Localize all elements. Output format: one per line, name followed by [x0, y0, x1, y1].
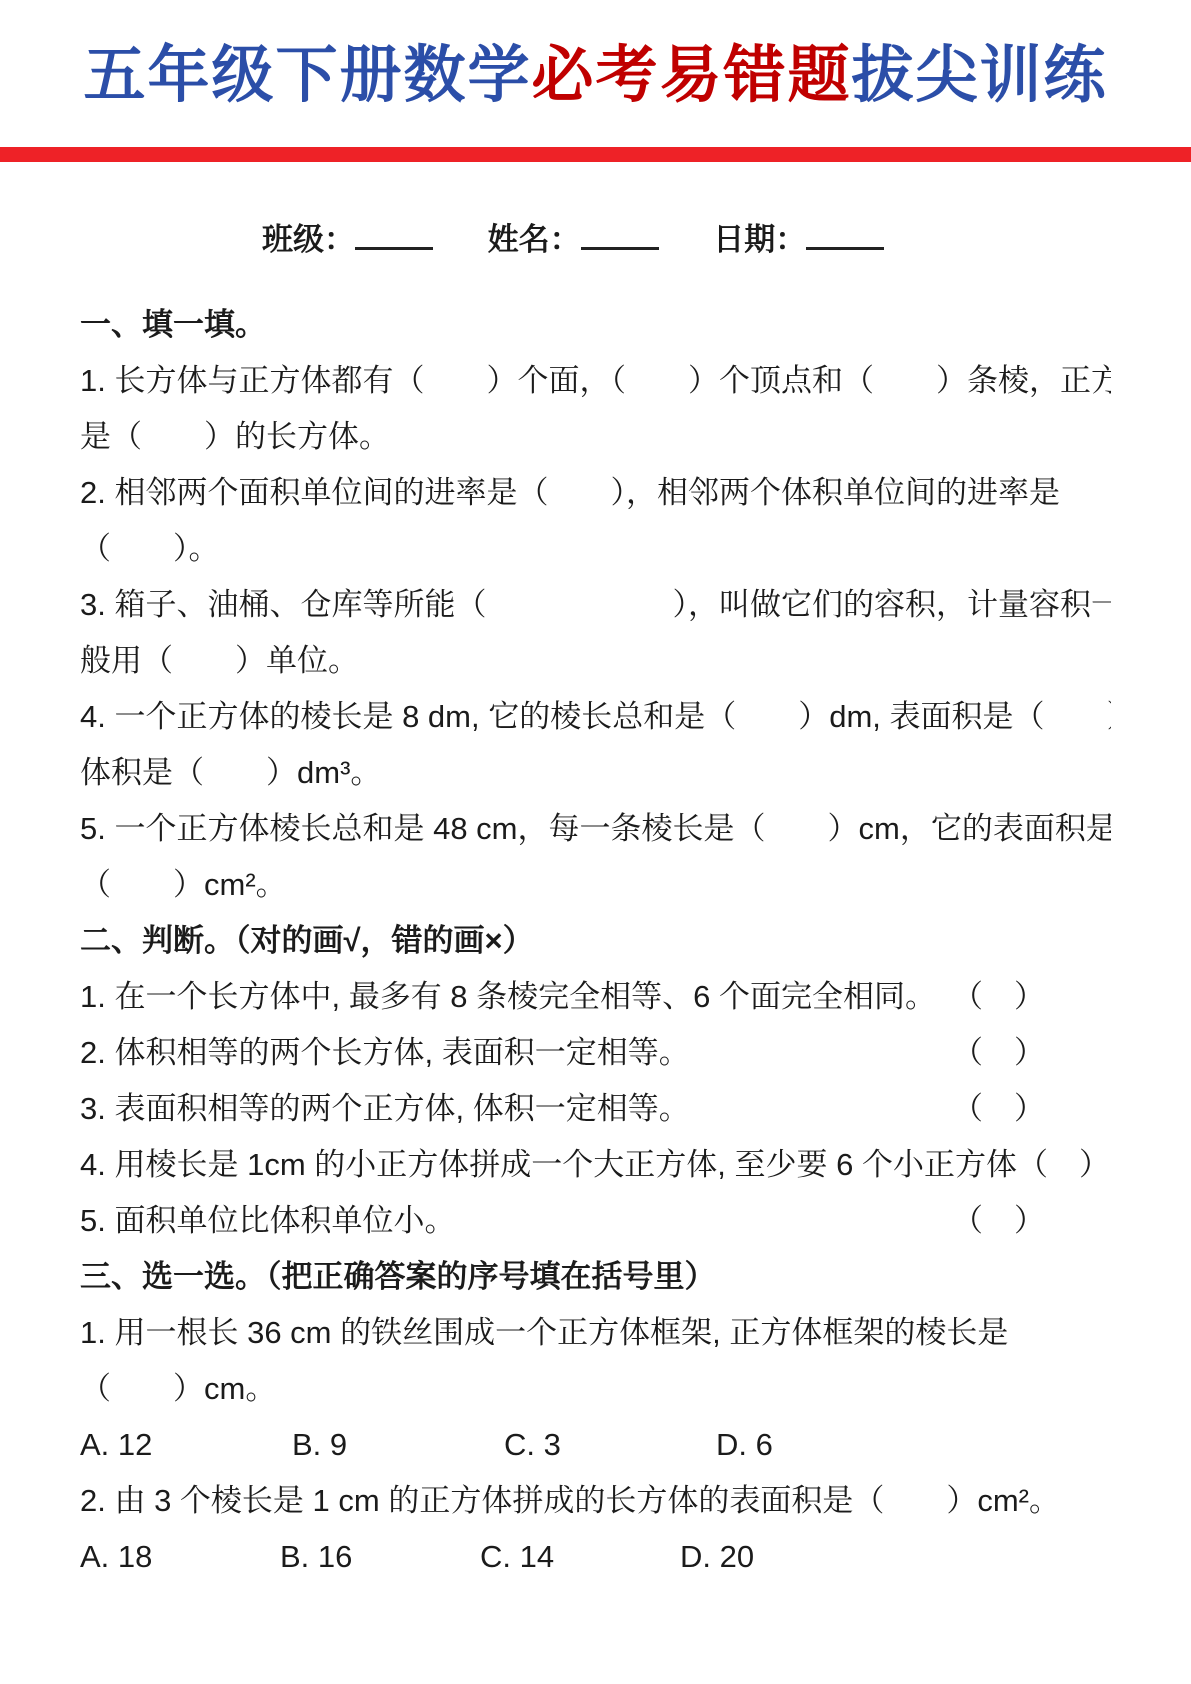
fill-question-line: 3. 箱子、油桶、仓库等所能（ ），叫做它们的容积，计量容积一: [80, 577, 1111, 633]
option-a: A. 12: [80, 1417, 292, 1473]
judge-question-text: 5. 面积单位比体积单位小。: [80, 1193, 455, 1249]
answer-paren: （ ）: [1017, 1137, 1110, 1193]
choice-options-row: A. 18 B. 16 C. 14 D. 20: [80, 1529, 1111, 1585]
answer-paren: （ ）: [952, 1081, 1045, 1137]
title-segment-grade: 五年级下册数学: [83, 41, 531, 110]
choice-question-line: 2. 由 3 个棱长是 1 cm 的正方体拼成的长方体的表面积是（ ）cm²。: [80, 1473, 1111, 1529]
option-d: D. 6: [716, 1417, 773, 1473]
fill-question-line: （ ）。: [80, 521, 1111, 577]
option-d: D. 20: [680, 1529, 754, 1585]
name-field: 姓名：: [488, 222, 659, 257]
name-blank-line: [581, 217, 659, 250]
choice-question-line: 1. 用一根长 36 cm 的铁丝围成一个正方体框架, 正方体框架的棱长是: [80, 1305, 1111, 1361]
judge-question-text: 2. 体积相等的两个长方体, 表面积一定相等。: [80, 1025, 690, 1081]
fill-question-line: 5. 一个正方体棱长总和是 48 cm，每一条棱长是（ ）cm，它的表面积是: [80, 801, 1111, 857]
option-a: A. 18: [80, 1529, 280, 1585]
page-title: 五年级下册数学必考易错题拔尖训练: [0, 40, 1191, 111]
option-b: B. 16: [280, 1529, 480, 1585]
judge-question-row: 3. 表面积相等的两个正方体, 体积一定相等。 （ ）: [80, 1081, 1111, 1137]
section-judge-heading: 二、判断。（对的画√，错的画×）: [80, 913, 1111, 969]
red-divider-bar: [0, 147, 1191, 162]
date-field: 日期：: [713, 222, 884, 257]
class-label: 班级：: [262, 222, 355, 257]
student-info-row: 班级： 姓名： 日期：: [0, 217, 1191, 260]
class-blank-line: [355, 217, 433, 250]
judge-question-row: 1. 在一个长方体中, 最多有 8 条棱完全相等、6 个面完全相同。 （ ）: [80, 969, 1111, 1025]
choice-options-row: A. 12 B. 9 C. 3 D. 6: [80, 1417, 1111, 1473]
section-fill-heading: 一、填一填。: [80, 297, 1111, 353]
date-label: 日期：: [713, 222, 806, 257]
fill-question-line: 体积是（ ）dm³。: [80, 745, 1111, 801]
fill-question-line: 4. 一个正方体的棱长是 8 dm, 它的棱长总和是（ ）dm, 表面积是（ ）…: [80, 689, 1111, 745]
answer-paren: （ ）: [952, 1193, 1045, 1249]
class-field: 班级：: [262, 222, 433, 257]
option-c: C. 14: [480, 1529, 680, 1585]
judge-question-text: 1. 在一个长方体中, 最多有 8 条棱完全相等、6 个面完全相同。: [80, 969, 936, 1025]
fill-question-line: 2. 相邻两个面积单位间的进率是（ ），相邻两个体积单位间的进率是: [80, 465, 1111, 521]
name-label: 姓名：: [488, 222, 581, 257]
option-b: B. 9: [292, 1417, 504, 1473]
judge-question-text: 4. 用棱长是 1cm 的小正方体拼成一个大正方体, 至少要 6 个小正方体: [80, 1137, 1017, 1193]
answer-paren: （ ）: [952, 1025, 1045, 1081]
fill-question-line: 1. 长方体与正方体都有（ ）个面，（ ）个顶点和（ ）条棱，正方体: [80, 353, 1111, 409]
date-blank-line: [806, 217, 884, 250]
judge-question-row: 2. 体积相等的两个长方体, 表面积一定相等。 （ ）: [80, 1025, 1111, 1081]
option-c: C. 3: [504, 1417, 716, 1473]
judge-question-row: 4. 用棱长是 1cm 的小正方体拼成一个大正方体, 至少要 6 个小正方体 （…: [80, 1137, 1111, 1193]
fill-question-line: 般用（ ）单位。: [80, 633, 1111, 689]
section-choice-heading: 三、选一选。（把正确答案的序号填在括号里）: [80, 1249, 1111, 1305]
worksheet-body: 一、填一填。 1. 长方体与正方体都有（ ）个面，（ ）个顶点和（ ）条棱，正方…: [0, 260, 1191, 1585]
answer-paren: （ ）: [952, 969, 1045, 1025]
title-segment-must-test: 必考易错题: [531, 41, 851, 110]
fill-question-line: 是（ ）的长方体。: [80, 409, 1111, 465]
judge-question-text: 3. 表面积相等的两个正方体, 体积一定相等。: [80, 1081, 690, 1137]
title-segment-training: 拔尖训练: [852, 41, 1108, 110]
choice-question-line: （ ）cm。: [80, 1361, 1111, 1417]
judge-question-row: 5. 面积单位比体积单位小。 （ ）: [80, 1193, 1111, 1249]
fill-question-line: （ ）cm²。: [80, 857, 1111, 913]
